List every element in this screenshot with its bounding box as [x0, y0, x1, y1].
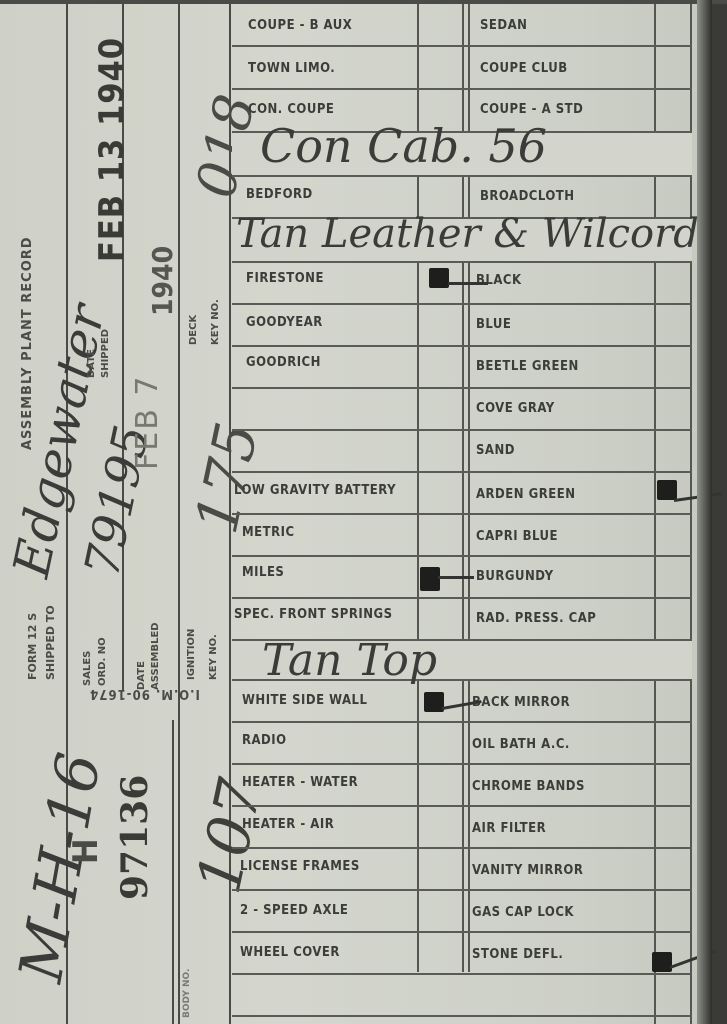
divider-date-assembled — [178, 0, 180, 1024]
option-left: MILES — [242, 565, 284, 580]
footer-stamp: I.O.M. 90-1674 — [72, 686, 217, 701]
option-right: COUPE - A STD — [480, 102, 583, 117]
grid-row-handwritten-trim: Tan Leather & Wilcord — [232, 219, 692, 263]
grid-row: SAND — [232, 431, 692, 473]
option-right: RAD. PRESS. CAP — [476, 611, 596, 626]
option-left: GOODRICH — [246, 355, 321, 370]
handwritten-body-type: Con Cab. 56 — [260, 119, 547, 173]
grid-row: HEATER - WATER CHROME BANDS — [232, 765, 692, 807]
grid-row: 2 - SPEED AXLE GAS CAP LOCK — [232, 891, 692, 933]
handwritten-trim: Tan Leather & Wilcord — [236, 211, 699, 257]
option-right: BEETLE GREEN — [476, 359, 579, 374]
option-right: GAS CAP LOCK — [472, 905, 574, 920]
sales-ord-label-2: ORD. NO — [97, 637, 108, 686]
deck-key-label-1: DECK — [188, 315, 199, 345]
grid-row: COVE GRAY — [232, 389, 692, 431]
card-right-shadow — [697, 0, 712, 1024]
checkmark-firestone-icon — [429, 268, 449, 288]
checkmark-white-side-wall-icon — [424, 692, 444, 712]
date-assembled-value: FEB 7 — [130, 375, 165, 470]
option-right: SAND — [476, 443, 515, 458]
grid-row: WHEEL COVER STONE DEFL. — [232, 933, 692, 975]
option-right: BLACK — [476, 273, 522, 288]
option-right: SEDAN — [480, 18, 527, 33]
option-right: STONE DEFL. — [472, 947, 563, 962]
option-left: LICENSE FRAMES — [240, 859, 360, 874]
option-left: WHEEL COVER — [240, 945, 340, 960]
grid-row: LOW GRAVITY BATTERY ARDEN GREEN — [232, 473, 692, 515]
option-left: FIRESTONE — [246, 271, 324, 286]
option-right: CAPRI BLUE — [476, 529, 558, 544]
option-left: 2 - SPEED AXLE — [240, 903, 348, 918]
grid-row: RADIO OIL BATH A.C. — [232, 723, 692, 765]
sales-ord-label-1: SALES — [82, 651, 93, 686]
option-left: BEDFORD — [246, 187, 313, 202]
grid-row-handwritten-top: Tan Top — [232, 641, 692, 681]
ignition-key-label-1: IGNITION — [186, 629, 197, 680]
date-shipped-label-2: SHIPPED — [100, 329, 111, 378]
option-right: CHROME BANDS — [472, 779, 585, 794]
option-right: ARDEN GREEN — [476, 487, 576, 502]
option-left: METRIC — [242, 525, 295, 540]
option-left: HEATER - AIR — [242, 817, 334, 832]
option-right: AIR FILTER — [472, 821, 546, 836]
card-title: ASSEMBLY PLANT RECORD — [20, 236, 35, 450]
grid-row: COUPE - B AUX SEDAN — [232, 4, 692, 47]
option-left: LOW GRAVITY BATTERY — [234, 483, 396, 498]
checkmark-miles-icon — [420, 567, 440, 591]
assembly-plant-record-card: ASSEMBLY PLANT RECORD FORM 12 S SHIPPED … — [0, 0, 712, 1024]
mark-tail — [438, 576, 474, 579]
option-right: BACK MIRROR — [472, 695, 570, 710]
option-right: COVE GRAY — [476, 401, 555, 416]
option-right: VANITY MIRROR — [472, 863, 583, 878]
serial-prefix: H — [66, 838, 106, 864]
option-left: COUPE - B AUX — [248, 18, 352, 33]
grid-row: TOWN LIMO. COUPE CLUB — [232, 47, 692, 90]
grid-row: GOODYEAR BLUE — [232, 305, 692, 347]
option-left: TOWN LIMO. — [248, 61, 335, 76]
grid-row: LICENSE FRAMES VANITY MIRROR — [232, 849, 692, 891]
date-shipped-value: FEB 13 1940 — [92, 37, 132, 262]
option-left: HEATER - WATER — [242, 775, 358, 790]
handwritten-top: Tan Top — [262, 635, 437, 686]
form-number-label: FORM 12 S — [26, 613, 39, 680]
body-no-label: BODY NO. — [182, 969, 192, 1018]
shipped-to-label: SHIPPED TO — [44, 605, 57, 680]
option-left: CON. COUPE — [248, 102, 334, 117]
checkmark-arden-green-icon — [657, 480, 677, 500]
grid-row-blank — [232, 975, 692, 1017]
model-code-value: M-H-16 — [6, 748, 115, 987]
ignition-key-label-2: KEY NO. — [208, 634, 219, 680]
serial-number: 97136 — [114, 775, 156, 900]
grid-row: HEATER - AIR AIR FILTER — [232, 807, 692, 849]
option-right: COUPE CLUB — [480, 61, 568, 76]
date-assembled-year: 1940 — [146, 246, 179, 316]
date-assembled-label-2: ASSEMBLED — [150, 622, 161, 690]
date-shipped-label-1: DATE — [86, 349, 97, 378]
divider-serial — [172, 720, 174, 1024]
mark-tail — [448, 282, 488, 285]
grid-row: METRIC CAPRI BLUE — [232, 515, 692, 557]
option-right: BROADCLOTH — [480, 189, 575, 204]
grid-row: GOODRICH BEETLE GREEN — [232, 347, 692, 389]
option-right: OIL BATH A.C. — [472, 737, 570, 752]
grid-row: WHITE SIDE WALL BACK MIRROR — [232, 681, 692, 723]
grid-row-handwritten-body: Con Cab. 56 — [232, 133, 692, 177]
option-left: GOODYEAR — [246, 315, 323, 330]
deck-key-label-2: KEY NO. — [210, 299, 221, 345]
option-right: BLUE — [476, 317, 511, 332]
option-left: WHITE SIDE WALL — [242, 693, 367, 708]
option-left: RADIO — [242, 733, 287, 748]
checkmark-stone-defl-icon — [652, 952, 672, 972]
option-left: SPEC. FRONT SPRINGS — [234, 607, 393, 622]
option-right: BURGUNDY — [476, 569, 554, 584]
